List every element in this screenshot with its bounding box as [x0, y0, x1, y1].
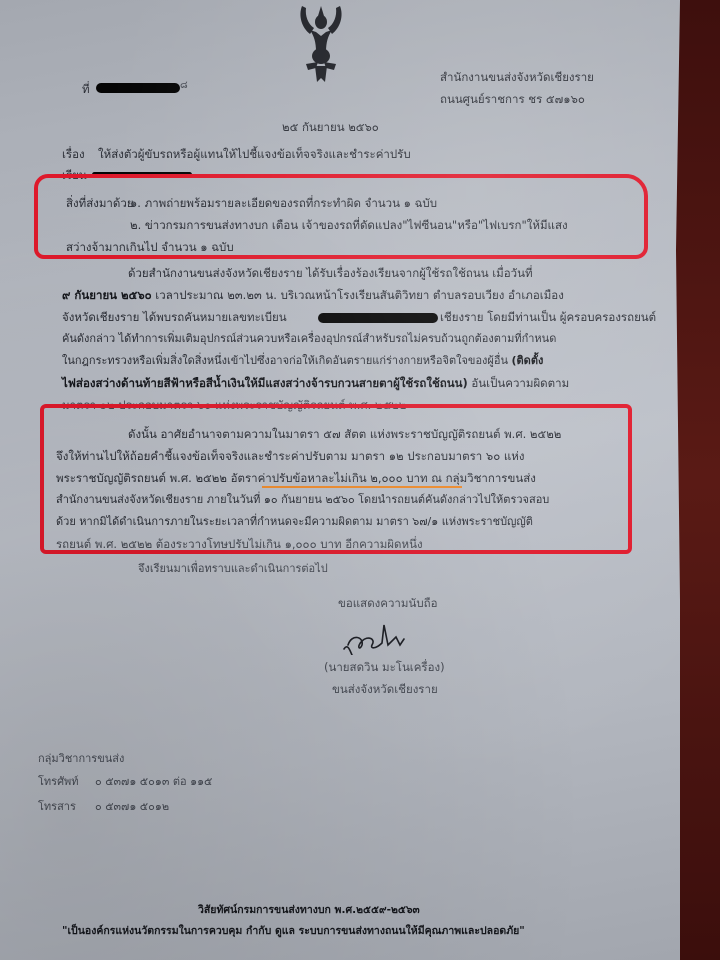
para1-line1: ด้วยสำนักงานขนส่งจังหวัดเชียงราย ได้รับเ… — [128, 266, 533, 280]
signer-name: (นายสดวิน มะโนเครื่อง) — [324, 660, 445, 674]
vision-statement: "เป็นองค์กรแห่งนวัตกรรมในการควบคุม กำกับ… — [62, 924, 525, 938]
vision-title: วิสัยทัศน์กรมการขนส่งทางบก พ.ศ.๒๕๕๙-๒๕๖๓ — [198, 903, 420, 917]
official-letter: ที่ ๘ สำนักงานขนส่งจังหวัดเชียงราย ถนนศู… — [0, 0, 680, 960]
closing-line: จึงเรียนมาเพื่อทราบและดำเนินการต่อไป — [138, 562, 328, 576]
ref-number-tail: ๘ — [180, 79, 188, 93]
para1-line4: คันดังกล่าว ได้ทำการเพิ่มเติมอุปกรณ์ส่วน… — [62, 332, 556, 346]
highlight-box-enclosures — [34, 174, 648, 259]
para1-line5: ในกฎกระทรวงหรือเพิ่มสิ่งใดสิ่งหนึ่งเข้าไ… — [62, 354, 512, 367]
phone-value: ๐ ๕๓๗๑ ๕๐๑๓ ต่อ ๑๑๕ — [95, 775, 212, 789]
violation-description: ไฟส่องสว่างด้านท้ายสีฟ้าหรือสีน้ำเงินให้… — [62, 376, 468, 390]
garuda-emblem-icon — [296, 2, 346, 82]
highlight-box-penalty — [40, 404, 632, 554]
para1-line6: อันเป็นความผิดตาม — [468, 376, 569, 390]
ref-number-redaction — [96, 83, 180, 93]
fax-label: โทรสาร — [38, 800, 76, 814]
para1-line2: เวลาประมาณ ๒๓.๒๓ น. บริเวณหน้าโรงเรียนสั… — [152, 288, 564, 302]
para1-line3b: เชียงราย โดยมีท่านเป็น ผู้ครอบครองรถยนต์ — [440, 310, 656, 324]
regards: ขอแสดงความนับถือ — [338, 596, 438, 610]
para1-line3a: จังหวัดเชียงราย ได้พบรถคันหมายเลขทะเบียน — [62, 310, 287, 324]
phone-label: โทรศัพท์ — [38, 775, 79, 789]
subject-text: ให้ส่งตัวผู้ขับรถหรือผู้แทนให้ไปชี้แจงข้… — [98, 147, 411, 161]
office-name: สำนักงานขนส่งจังหวัดเชียงราย — [440, 70, 594, 84]
signer-title: ขนส่งจังหวัดเชียงราย — [332, 682, 438, 696]
para1-line5-bold: (ติดตั้ง — [512, 354, 544, 367]
office-address: ถนนศูนย์ราชการ ชร ๕๗๑๖๐ — [440, 92, 585, 106]
subject-label: เรื่อง — [62, 147, 85, 161]
signature-icon — [342, 615, 412, 655]
incident-date: ๙ กันยายน ๒๕๖๐ — [62, 288, 152, 302]
fax-value: ๐ ๕๓๗๑ ๕๐๑๒ — [95, 800, 169, 814]
letter-date: ๒๕ กันยายน ๒๕๖๐ — [282, 120, 379, 134]
ref-label: ที่ — [82, 82, 90, 96]
department: กลุ่มวิชาการขนส่ง — [38, 752, 124, 766]
license-plate-redaction — [318, 313, 438, 323]
